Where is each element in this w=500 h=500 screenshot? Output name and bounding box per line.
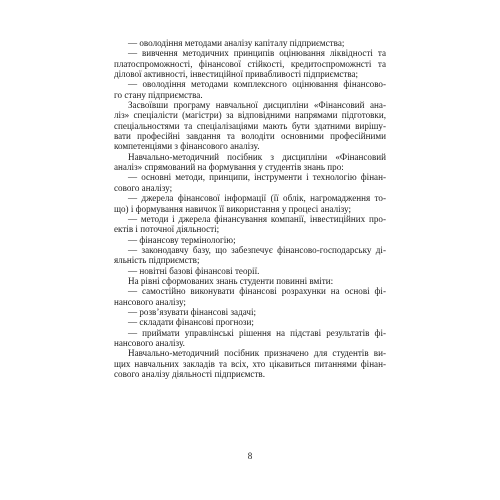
text-line: нансового аналізу; (114, 297, 386, 307)
text-line: Засвоївши програму навчальної дисципліни… (114, 100, 386, 110)
text-line: платоспроможності, фінансової стійкості,… (114, 59, 386, 69)
text-line: — розв’язувати фінансові задачі; (114, 307, 386, 317)
text-line: що) і формування навичок її використання… (114, 204, 386, 214)
text-line: компетенціями з фінансового аналізу. (114, 141, 386, 151)
text-line: — фінансову термінологію; (114, 235, 386, 245)
text-line: ектів і поточної діяльності; (114, 224, 386, 234)
text-line: — методи і джерела фінансування компанії… (114, 214, 386, 224)
text-line: Навчально-методичний посібник з дисциплі… (114, 152, 386, 162)
text-line: спеціальностями та спеціалізаціями мають… (114, 121, 386, 131)
text-line: яльність підприємств; (114, 255, 386, 265)
text-line: вати професійні завдання та володіти осн… (114, 131, 386, 141)
text-line: — новітні базові фінансові теорії. (114, 266, 386, 276)
text-line: щих навчальних закладів та всіх, хто цік… (114, 359, 386, 369)
text-line: сового аналізу діяльності підприємств. (114, 369, 386, 379)
text-line: сового аналізу; (114, 183, 386, 193)
text-line: — приймати управлінські рішення на підст… (114, 328, 386, 338)
text-line: го стану підприємства. (114, 90, 386, 100)
text-line: — складати фінансові прогнози; (114, 317, 386, 327)
text-line: На рівні сформованих знань студенти пови… (114, 276, 386, 286)
text-line: ліз» спеціалісти (магістри) за відповідн… (114, 110, 386, 120)
text-line: — вивчення методичних принципів оцінюван… (114, 48, 386, 58)
text-line: ділової активності, інвестиційної приваб… (114, 69, 386, 79)
text-line: — оволодіння методами комплексного оціню… (114, 79, 386, 89)
text-line: Навчально-методичний посібник призначено… (114, 348, 386, 358)
text-line: — основні методи, принципи, інструменти … (114, 172, 386, 182)
text-line: — оволодіння методами аналізу капіталу п… (114, 38, 386, 48)
page-number: 8 (0, 451, 500, 461)
text-line: — джерела фінансової інформації (її облі… (114, 193, 386, 203)
text-line: нансового аналізу. (114, 338, 386, 348)
text-line: — самостійно виконувати фінансові розрах… (114, 286, 386, 296)
text-line: — законодавчу базу, що забезпечує фінанс… (114, 245, 386, 255)
text-line: аналіз» спрямований на формування у студ… (114, 162, 386, 172)
page-body: — оволодіння методами аналізу капіталу п… (114, 38, 386, 379)
